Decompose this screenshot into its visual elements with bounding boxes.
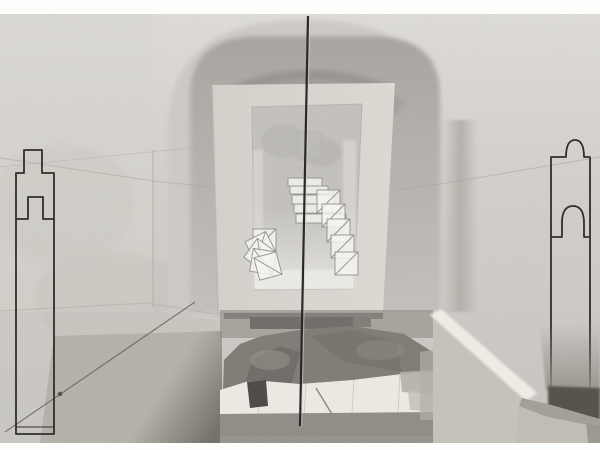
top-print-border [0, 0, 600, 14]
photo-canvas [0, 0, 600, 450]
bottom-print-border [0, 443, 600, 450]
artwork-photograph [0, 0, 600, 450]
grain-overlay [0, 14, 600, 443]
